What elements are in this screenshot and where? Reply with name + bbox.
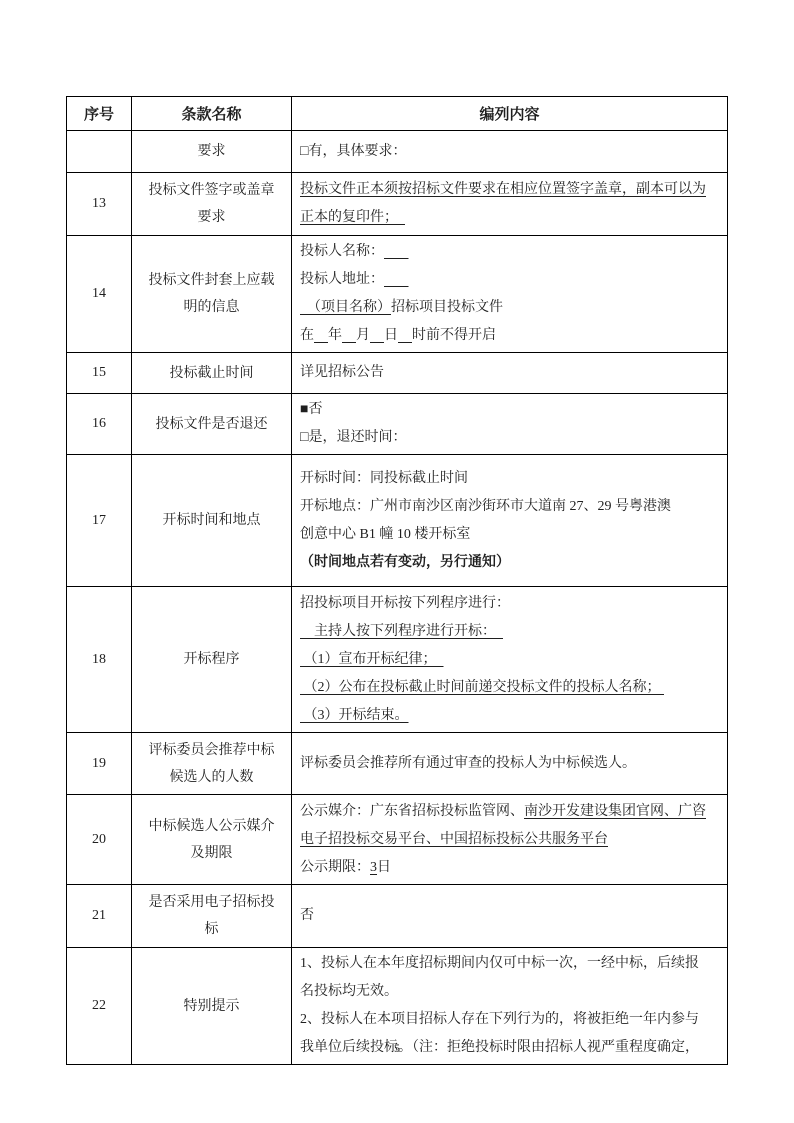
row-listed-content: 投标文件正本须按招标文件要求在相应位置签字盖章，副本可以为正本的复印件；	[292, 173, 728, 236]
text-segment: 评标委员会推荐所有通过审查的投标人为中标候选人。	[300, 756, 636, 771]
text-segment: 投标文件正本须按招标文件要求在相应位置签字盖章，副本可以为	[300, 182, 706, 197]
content-line: □有，具体要求：	[300, 138, 721, 166]
row-listed-content: 招投标项目开标按下列程序进行： 主持人按下列程序进行开标： （1）宣布开标纪律；…	[292, 587, 728, 733]
row-clause-name: 投标文件封套上应载明的信息	[132, 236, 292, 353]
row-seq-number: 16	[67, 394, 132, 455]
text-segment: 年	[328, 328, 342, 343]
row-clause-name: 开标时间和地点	[132, 455, 292, 587]
text-segment: 否	[300, 908, 314, 923]
row-listed-content: 开标时间：同投标截止时间开标地点：广州市南沙区南沙街环市大道南 27、29 号粤…	[292, 455, 728, 587]
text-segment: 投标人名称：	[300, 244, 384, 259]
text-segment: 3	[370, 860, 377, 875]
row-listed-content: ■否□是，退还时间：	[292, 394, 728, 455]
row-seq-number: 17	[67, 455, 132, 587]
content-line: 名投标均无效。	[300, 978, 721, 1006]
text-segment: 招标项目投标文件	[391, 300, 503, 315]
row-clause-name: 是否采用电子招标投标	[132, 885, 292, 948]
text-segment: 详见招标公告	[300, 365, 384, 380]
text-segment: （3）开标结束。	[300, 708, 409, 723]
text-segment: 公示期限：	[300, 860, 370, 875]
text-segment	[314, 328, 328, 343]
content-line: 投标人名称：	[300, 238, 721, 266]
text-segment: 1、投标人在本年度招标期间内仅可中标一次，一经中标，后续报	[300, 956, 699, 971]
text-segment: 日	[377, 860, 391, 875]
text-segment	[398, 328, 412, 343]
table-row: 20中标候选人公示媒介及期限公示媒介：广东省招标投标监管网、南沙开发建设集团官网…	[67, 795, 728, 885]
header-clause-name: 条款名称	[132, 97, 292, 131]
text-segment: 在	[300, 328, 314, 343]
row-clause-name: 要求	[132, 131, 292, 173]
header-seq-number: 序号	[67, 97, 132, 131]
text-segment: 开标地点：广州市南沙区南沙街环市大道南 27、29 号粤港澳	[300, 499, 671, 514]
text-segment: 创意中心 B1 幢 10 楼开标室	[300, 527, 470, 542]
content-line: （1）宣布开标纪律；	[300, 646, 721, 674]
content-line: 电子招投标交易平台、中国招标投标公共服务平台	[300, 826, 721, 854]
table-row: 18开标程序招投标项目开标按下列程序进行： 主持人按下列程序进行开标： （1）宣…	[67, 587, 728, 733]
tender-terms-table: 序号 条款名称 编列内容 要求□有，具体要求：13投标文件签字或盖章要求投标文件…	[66, 96, 728, 1065]
table-row: 19评标委员会推荐中标候选人的人数评标委员会推荐所有通过审查的投标人为中标候选人…	[67, 733, 728, 795]
content-line: （项目名称）招标项目投标文件	[300, 294, 721, 322]
row-seq-number: 13	[67, 173, 132, 236]
content-line: 投标文件正本须按招标文件要求在相应位置签字盖章，副本可以为	[300, 176, 721, 204]
row-seq-number: 14	[67, 236, 132, 353]
content-line: 开标时间：同投标截止时间	[300, 465, 721, 493]
row-listed-content: 详见招标公告	[292, 353, 728, 394]
row-listed-content: 评标委员会推荐所有通过审查的投标人为中标候选人。	[292, 733, 728, 795]
content-line: □是，退还时间：	[300, 424, 721, 452]
row-clause-name: 投标文件签字或盖章要求	[132, 173, 292, 236]
text-segment: 时前不得开启	[412, 328, 496, 343]
text-segment: 2、投标人在本项目招标人存在下列行为的，将被拒绝一年内参与	[300, 1012, 699, 1027]
text-segment: （2）公布在投标截止时间前递交投标文件的投标人名称；	[300, 680, 664, 695]
table-row: 15投标截止时间详见招标公告	[67, 353, 728, 394]
row-listed-content: 公示媒介：广东省招标投标监管网、南沙开发建设集团官网、广咨电子招投标交易平台、中…	[292, 795, 728, 885]
content-line: （2）公布在投标截止时间前递交投标文件的投标人名称；	[300, 674, 721, 702]
row-seq-number: 15	[67, 353, 132, 394]
table-row: 13投标文件签字或盖章要求投标文件正本须按招标文件要求在相应位置签字盖章，副本可…	[67, 173, 728, 236]
content-line: 投标人地址：	[300, 266, 721, 294]
header-listed-content: 编列内容	[292, 97, 728, 131]
text-segment: 是，退还时间：	[308, 430, 406, 445]
text-segment	[342, 328, 356, 343]
content-line: 2、投标人在本项目招标人存在下列行为的，将被拒绝一年内参与	[300, 1006, 721, 1034]
content-line: 1、投标人在本年度招标期间内仅可中标一次，一经中标，后续报	[300, 950, 721, 978]
content-line: 详见招标公告	[300, 359, 721, 387]
text-segment: 招投标项目开标按下列程序进行：	[300, 596, 510, 611]
document-page: 序号 条款名称 编列内容 要求□有，具体要求：13投标文件签字或盖章要求投标文件…	[0, 0, 794, 1123]
content-line: ■否	[300, 396, 721, 424]
text-segment: 正本的复印件；	[300, 210, 405, 225]
content-line: 否	[300, 902, 721, 930]
text-segment: 电子招投标交易平台、中国招标投标公共服务平台	[300, 832, 608, 847]
text-segment: （项目名称）	[300, 300, 391, 315]
content-line: 招投标项目开标按下列程序进行：	[300, 590, 721, 618]
text-segment: 开标时间：同投标截止时间	[300, 471, 468, 486]
row-clause-name: 评标委员会推荐中标候选人的人数	[132, 733, 292, 795]
row-seq-number: 21	[67, 885, 132, 948]
page-number: 5	[0, 1041, 794, 1056]
text-segment: 投标人地址：	[300, 272, 384, 287]
text-segment: 有，具体要求：	[308, 144, 406, 159]
row-clause-name: 投标文件是否退还	[132, 394, 292, 455]
content-line: 公示媒介：广东省招标投标监管网、南沙开发建设集团官网、广咨	[300, 798, 721, 826]
row-listed-content: □有，具体要求：	[292, 131, 728, 173]
text-segment: 主持人按下列程序进行开标：	[300, 624, 503, 639]
content-line: 创意中心 B1 幢 10 楼开标室	[300, 521, 721, 549]
table-row: 17开标时间和地点开标时间：同投标截止时间开标地点：广州市南沙区南沙街环市大道南…	[67, 455, 728, 587]
content-line: （3）开标结束。	[300, 702, 721, 730]
row-seq-number	[67, 131, 132, 173]
text-segment: 否	[308, 402, 322, 417]
table-row: 要求□有，具体要求：	[67, 131, 728, 173]
row-clause-name: 开标程序	[132, 587, 292, 733]
table-row: 21是否采用电子招标投标否	[67, 885, 728, 948]
text-segment: （1）宣布开标纪律；	[300, 652, 444, 667]
content-line: 主持人按下列程序进行开标：	[300, 618, 721, 646]
row-seq-number: 20	[67, 795, 132, 885]
row-listed-content: 否	[292, 885, 728, 948]
row-clause-name: 投标截止时间	[132, 353, 292, 394]
row-clause-name: 中标候选人公示媒介及期限	[132, 795, 292, 885]
text-segment: 公示媒介：广东省招标投标监管网、	[300, 804, 524, 819]
text-segment: 日	[384, 328, 398, 343]
text-segment: （时间地点若有变动，另行通知）	[300, 555, 510, 570]
table-row: 14投标文件封套上应载明的信息投标人名称： 投标人地址： （项目名称）招标项目投…	[67, 236, 728, 353]
content-line: 开标地点：广州市南沙区南沙街环市大道南 27、29 号粤港澳	[300, 493, 721, 521]
content-line: 正本的复印件；	[300, 204, 721, 232]
text-segment: 南沙开发建设集团官网、广咨	[524, 804, 706, 819]
row-seq-number: 19	[67, 733, 132, 795]
row-seq-number: 18	[67, 587, 132, 733]
text-segment: 名投标均无效。	[300, 984, 398, 999]
row-listed-content: 投标人名称： 投标人地址： （项目名称）招标项目投标文件在 年 月 日 时前不得…	[292, 236, 728, 353]
text-segment: 月	[356, 328, 370, 343]
text-segment	[384, 244, 409, 259]
content-line: （时间地点若有变动，另行通知）	[300, 549, 721, 577]
content-line: 在 年 月 日 时前不得开启	[300, 322, 721, 350]
text-segment	[384, 272, 409, 287]
content-line: 评标委员会推荐所有通过审查的投标人为中标候选人。	[300, 750, 721, 778]
table-header-row: 序号 条款名称 编列内容	[67, 97, 728, 131]
text-segment	[370, 328, 384, 343]
table-row: 16投标文件是否退还■否□是，退还时间：	[67, 394, 728, 455]
content-line: 公示期限：3日	[300, 854, 721, 882]
